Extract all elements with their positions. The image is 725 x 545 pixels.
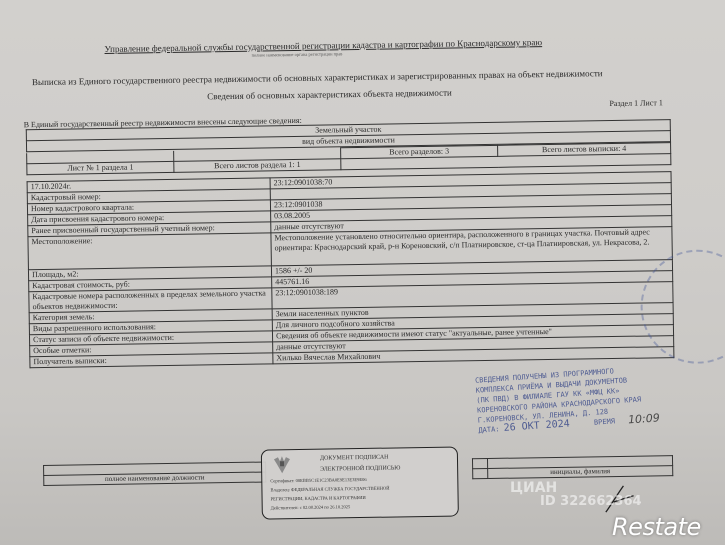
fields-table: 17.10.2024г.23:12:0901038:70 Кадастровый… [27,171,675,368]
sheet-number: Лист № 1 раздела 1 [27,161,174,174]
section-title: Сведения об основных характеристиках объ… [207,88,452,102]
extract-title: Выписка из Единого государственного реес… [32,68,603,87]
stamp-time: 10:09 [628,413,660,425]
authority-caption: полное наименование органа регистрации п… [252,51,343,57]
electronic-signature-box: ДОКУМЕНТ ПОДПИСАН ЭЛЕКТРОННОЙ ПОДПИСЬЮ С… [261,446,459,519]
restate-logo: Restate [612,513,701,541]
coat-of-arms-icon [272,453,292,475]
position-caption: полное наименование должности [44,472,266,485]
listing-id-watermark: ID 322662364 [540,494,642,509]
sheets-in-section: Всего листов раздела 1: 1 [174,159,341,173]
initials-caption: инициалы, фамилия [488,466,673,479]
document-page: Управление федеральной службы государств… [0,0,725,545]
section-sheet-label: Раздел 1 Лист 1 [609,98,663,108]
mfc-stamp: СВЕДЕНИЯ ПОЛУЧЕНЫ ИЗ ПРОГРАММНОГО КОМПЛЕ… [475,361,690,455]
